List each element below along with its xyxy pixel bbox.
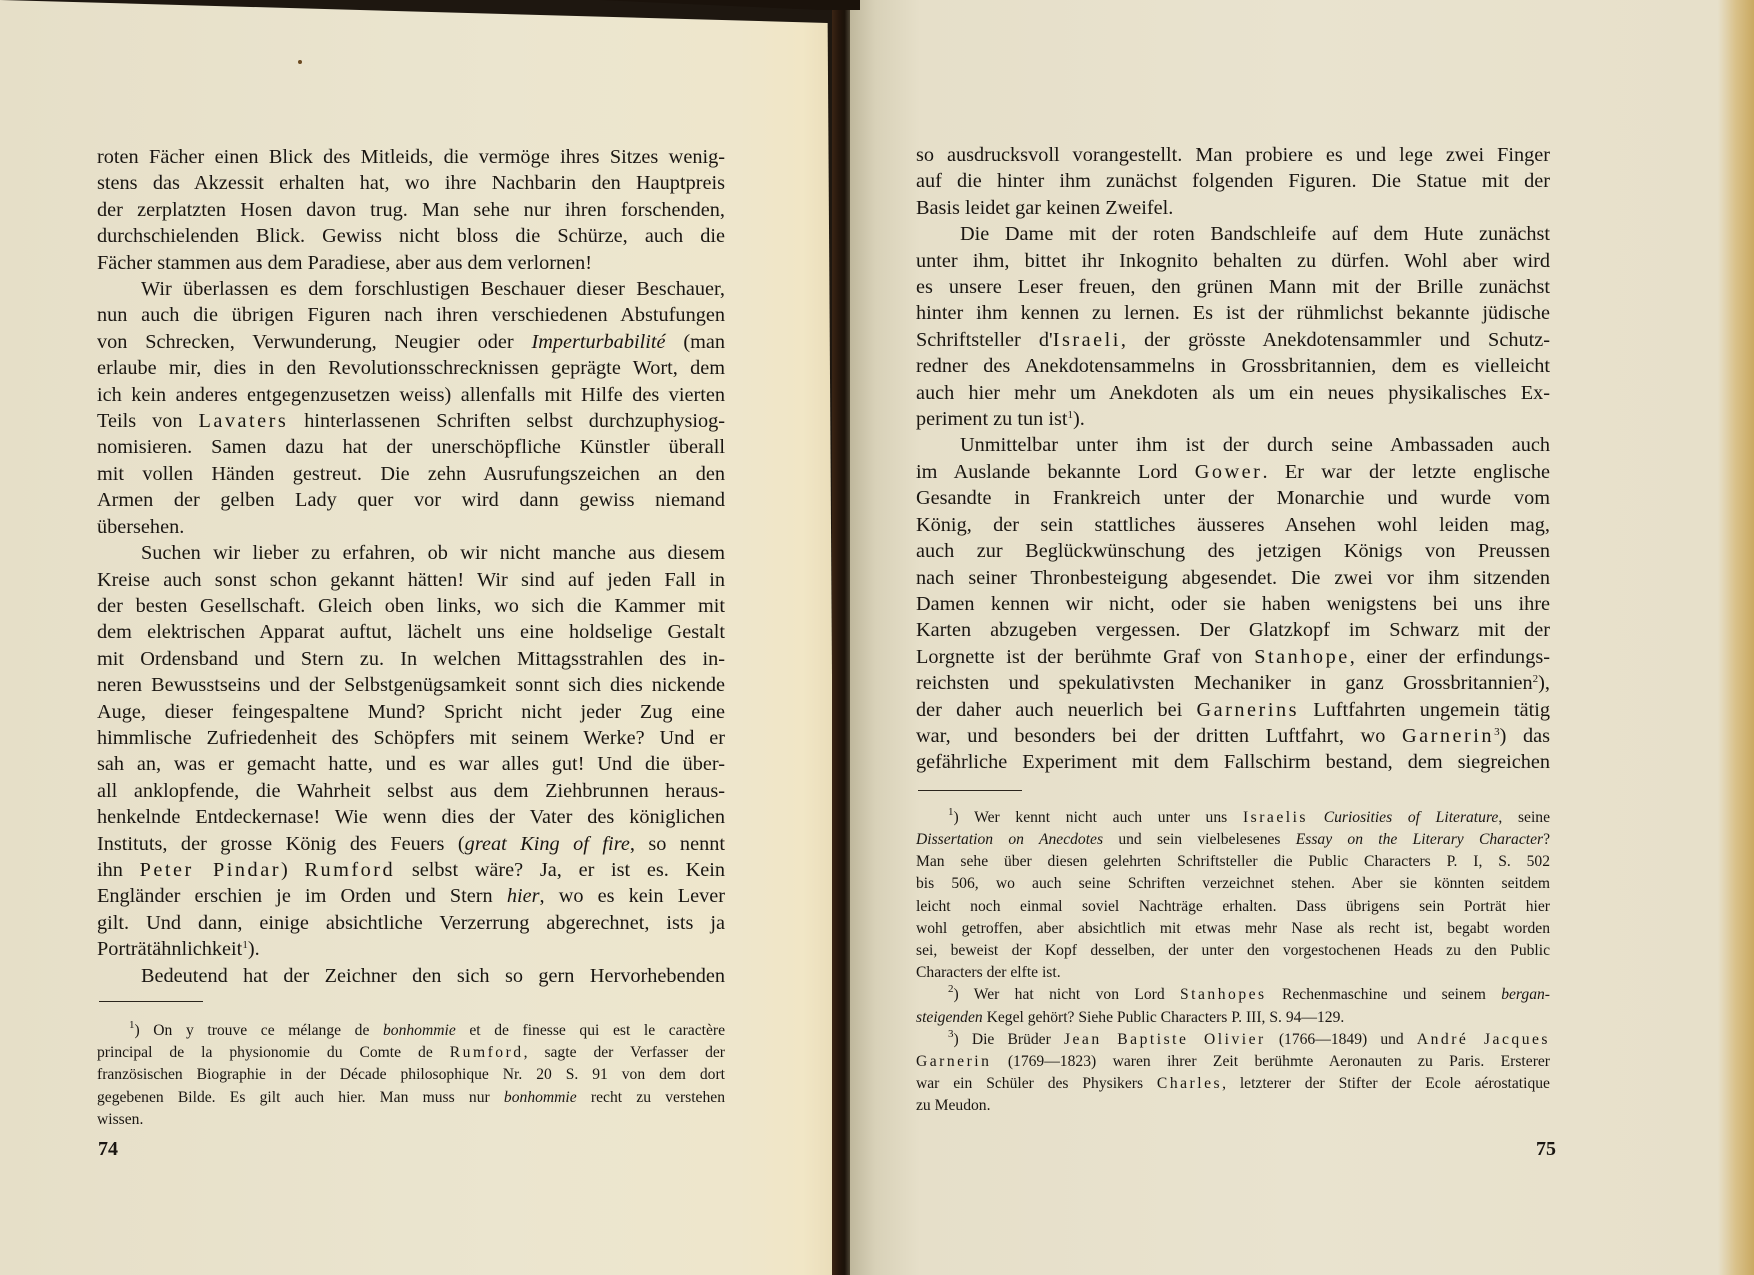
text-line: Basis leidet gar keinen Zweifel. <box>916 195 1550 221</box>
text-line: Porträtähnlichkeit1). <box>97 936 725 962</box>
text-line: mit vollen Händen gestreut. Die zehn Aus… <box>97 461 725 487</box>
text-line: ihn Peter Pindar) Rumford selbst wäre? J… <box>97 857 725 883</box>
text-line: Karten abzugeben vergessen. Der Glatzkop… <box>916 617 1550 643</box>
page-number-right: 75 <box>1536 1138 1556 1161</box>
footnote-1: 1) On y trouve ce mélange de bonhommie e… <box>97 1020 725 1131</box>
right-page-body: so ausdrucksvoll vorangestellt. Man prob… <box>916 142 1550 1118</box>
text-line: gilt. Und dann, einige absichtliche Verz… <box>97 910 725 936</box>
text-line: Teils von Lavaters hinterlassenen Schrif… <box>97 408 725 434</box>
text-line: Kreise auch sonst schon gekannt hätten! … <box>97 567 725 593</box>
text-line: hinter ihm kennen zu lernen. Es ist der … <box>916 300 1550 326</box>
text-line: Damen kennen wir nicht, oder sie haben w… <box>916 591 1550 617</box>
text-line: Schriftsteller d'Israeli, der grösste An… <box>916 327 1550 353</box>
text-line: Wir überlassen es dem forschlustigen Bes… <box>97 276 725 302</box>
text-line: Fächer stammen aus dem Paradiese, aber a… <box>97 250 725 276</box>
text-line: Engländer erschien je im Orden und Stern… <box>97 883 725 909</box>
text-line: von Schrecken, Verwunderung, Neugier ode… <box>97 329 725 355</box>
text-line: gefährliche Experiment mit dem Fallschir… <box>916 749 1550 775</box>
text-line: durchschielenden Blick. Gewiss nicht blo… <box>97 223 725 249</box>
text-line: mit Ordensband und Stern zu. In welchen … <box>97 646 725 672</box>
text-line: nun auch die übrigen Figuren nach ihren … <box>97 302 725 328</box>
text-line: auch zur Beglückwünschung des jetzigen K… <box>916 538 1550 564</box>
text-line: sah an, was er gemacht hatte, und es war… <box>97 751 725 777</box>
footnote-2: 2) Wer hat nicht von Lord Stanhopes Rech… <box>916 984 1550 1028</box>
text-line: Lorgnette ist der berühmte Graf von Stan… <box>916 644 1550 670</box>
text-line: reichsten und spekulativsten Mechaniker … <box>916 670 1550 696</box>
footnote-1: 1) Wer kennt nicht auch unter uns Israel… <box>916 807 1550 985</box>
text-line: König, der sein stattliches äusseres Ans… <box>916 512 1550 538</box>
text-line: stens das Akzessit erhalten hat, wo ihre… <box>97 170 725 196</box>
text-line: ich kein anderes entgegenzusetzen weiss)… <box>97 382 725 408</box>
text-line: Instituts, der grosse König des Feuers (… <box>97 831 725 857</box>
text-line: unter ihm, bittet ihr Inkognito behalten… <box>916 248 1550 274</box>
left-page-body: roten Fächer einen Blick des Mitleids, d… <box>97 144 725 1131</box>
text-line: nomisieren. Samen dazu hat der unerschöp… <box>97 434 725 460</box>
text-line: all anklopfende, die Wahrheit selbst aus… <box>97 778 725 804</box>
text-line: Die Dame mit der roten Bandschleife auf … <box>916 221 1550 247</box>
text-line: Gesandte in Frankreich unter der Monarch… <box>916 485 1550 511</box>
footnote-3: 3) Die Brüder Jean Baptiste Olivier (176… <box>916 1029 1550 1118</box>
text-line: übersehen. <box>97 514 725 540</box>
text-line: der besten Gesellschaft. Gleich oben lin… <box>97 593 725 619</box>
page-number-left: 74 <box>98 1138 118 1161</box>
text-line: henkelnde Entdeckernase! Wie wenn dies d… <box>97 804 725 830</box>
text-line: roten Fächer einen Blick des Mitleids, d… <box>97 144 725 170</box>
footnote-rule <box>918 790 1022 791</box>
text-line: auch hier mehr um Anekdoten als um ein n… <box>916 380 1550 406</box>
text-line: so ausdrucksvoll vorangestellt. Man prob… <box>916 142 1550 168</box>
text-line: erlaube mir, dies in den Revolutionsschr… <box>97 355 725 381</box>
footnote-rule <box>99 1001 203 1002</box>
text-line: Unmittelbar unter ihm ist der durch sein… <box>916 432 1550 458</box>
text-line: neren Bewusstseins und der Selbstgenügsa… <box>97 672 725 698</box>
text-line: Armen der gelben Lady quer vor wird dann… <box>97 487 725 513</box>
book-gutter <box>832 0 850 1275</box>
text-line: Bedeutend hat der Zeichner den sich so g… <box>97 963 725 989</box>
text-line: Auge, dieser feingespaltene Mund? Sprich… <box>97 699 725 725</box>
page-edge-shadow <box>600 0 860 10</box>
book-spread: roten Fächer einen Blick des Mitleids, d… <box>0 0 1754 1275</box>
text-line: es unsere Leser freuen, den grünen Mann … <box>916 274 1550 300</box>
text-line: redner des Anekdotensammelns in Grossbri… <box>916 353 1550 379</box>
text-line: periment zu tun ist1). <box>916 406 1550 432</box>
text-line: nach seiner Thronbesteigung abgesendet. … <box>916 565 1550 591</box>
paper-speck <box>298 60 302 64</box>
text-line: war, und besonders bei der dritten Luftf… <box>916 723 1550 749</box>
text-line: Suchen wir lieber zu erfahren, ob wir ni… <box>97 540 725 566</box>
text-line: der zerplatzten Hosen davon trug. Man se… <box>97 197 725 223</box>
text-line: himmlische Zufriedenheit des Schöpfers m… <box>97 725 725 751</box>
text-line: dem elektrischen Apparat auftut, lächelt… <box>97 619 725 645</box>
text-line: der daher auch neuerlich bei Garnerins L… <box>916 697 1550 723</box>
text-line: im Auslande bekannte Lord Gower. Er war … <box>916 459 1550 485</box>
text-line: auf die hinter ihm zunächst folgenden Fi… <box>916 168 1550 194</box>
